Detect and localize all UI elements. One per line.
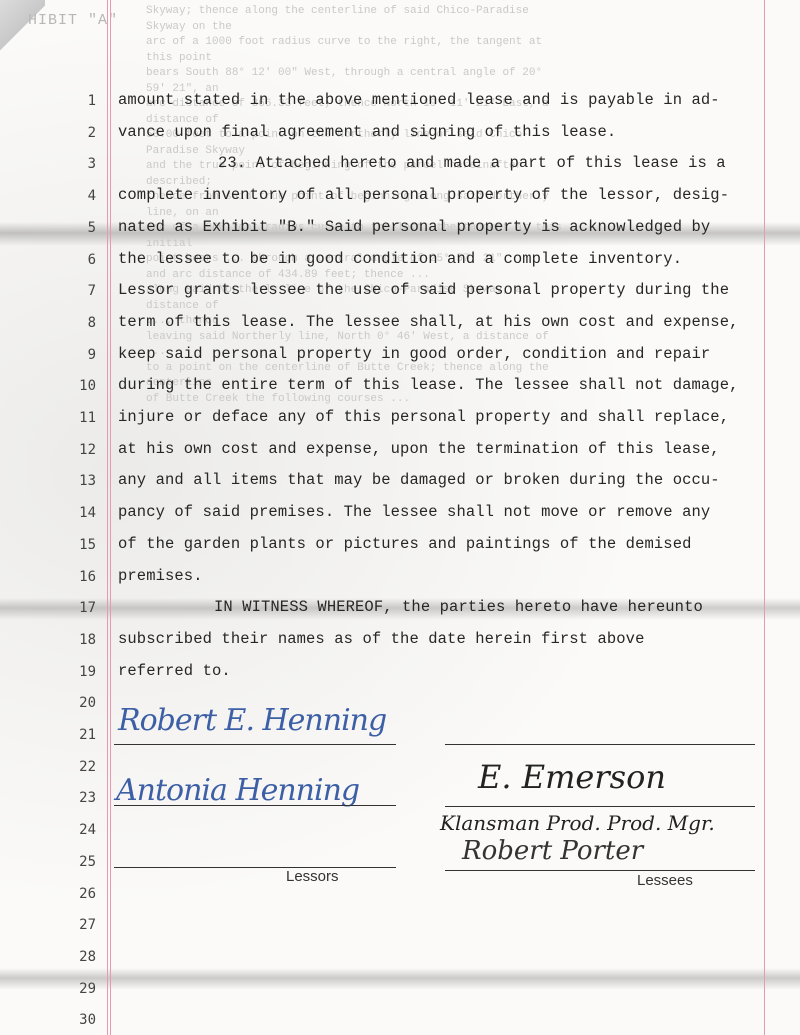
line-number: 7: [60, 283, 96, 299]
line-number: 21: [60, 727, 96, 743]
document-page: HIBIT "A" Skyway; thence along the cente…: [0, 0, 800, 1035]
lease-text-line: referred to.: [118, 662, 231, 680]
lessor-signature-line-2: [114, 805, 396, 806]
lease-text-line: any and all items that may be damaged or…: [118, 471, 720, 489]
line-number: 4: [60, 188, 96, 204]
lessee-signature-line-3: [445, 870, 755, 871]
line-number: 20: [60, 695, 96, 711]
line-number: 3: [60, 156, 96, 172]
line-number: 8: [60, 315, 96, 331]
right-margin-rule: [764, 0, 765, 1035]
line-number: 10: [60, 378, 96, 394]
line-number: 22: [60, 759, 96, 775]
lessees-label: Lessees: [637, 872, 693, 889]
lease-text-line: subscribed their names as of the date he…: [118, 630, 644, 648]
line-number: 26: [60, 886, 96, 902]
line-number: 19: [60, 664, 96, 680]
lease-text-line: amount stated in the above mentioned lea…: [118, 91, 720, 109]
lessor-signature-2: Antonia Henning: [116, 773, 359, 808]
lessors-label: Lessors: [286, 868, 339, 885]
line-number: 11: [60, 410, 96, 426]
lessor-signature-line-3: [114, 867, 396, 868]
lessee-signature-1: E. Emerson: [478, 758, 666, 796]
line-number: 2: [60, 125, 96, 141]
line-number: 25: [60, 854, 96, 870]
line-number: 15: [60, 537, 96, 553]
line-number: 29: [60, 981, 96, 997]
line-number: 16: [60, 569, 96, 585]
lease-text-line: the lessee to be in good condition and a…: [118, 250, 682, 268]
line-number: 9: [60, 347, 96, 363]
left-margin-rule-inner: [110, 0, 111, 1035]
lease-text-line: IN WITNESS WHEREOF, the parties hereto h…: [214, 598, 703, 616]
line-number: 30: [60, 1012, 96, 1028]
lease-text-line: injure or deface any of this personal pr…: [118, 408, 729, 426]
lease-text-line: vance upon final agreement and signing o…: [118, 123, 616, 141]
left-margin-rule: [107, 0, 108, 1035]
lease-text-line: at his own cost and expense, upon the te…: [118, 440, 720, 458]
line-number: 1: [60, 93, 96, 109]
line-number: 27: [60, 917, 96, 933]
lease-text-line: term of this lease. The lessee shall, at…: [118, 313, 739, 331]
line-number: 12: [60, 442, 96, 458]
lessor-signature-line-1: [114, 744, 396, 745]
lease-text-line: pancy of said premises. The lessee shall…: [118, 503, 710, 521]
line-number: 13: [60, 473, 96, 489]
lessee-signature-2: Robert Porter: [462, 836, 643, 866]
lease-text-line: Lessor grants lessee the use of said per…: [118, 281, 729, 299]
lease-text-line: of the garden plants or pictures and pai…: [118, 535, 692, 553]
line-number: 23: [60, 790, 96, 806]
lease-text-line: keep said personal property in good orde…: [118, 345, 710, 363]
exhibit-a-ghost-label: HIBIT "A": [28, 12, 118, 29]
lessee-signature-line-2: [445, 806, 755, 807]
line-number: 6: [60, 252, 96, 268]
lease-text-line: complete inventory of all personal prope…: [118, 186, 729, 204]
lease-text-line: 23. Attached hereto and made a part of t…: [218, 154, 726, 172]
lease-text-line: nated as Exhibit "B." Said personal prop…: [118, 218, 710, 236]
lease-text-line: premises.: [118, 567, 203, 585]
lease-text-line: during the entire term of this lease. Th…: [118, 376, 739, 394]
line-number: 5: [60, 220, 96, 236]
lessee-signature-line-1-blank: [445, 744, 755, 745]
line-number: 28: [60, 949, 96, 965]
lessor-signature-1: Robert E. Henning: [118, 703, 386, 738]
line-number: 17: [60, 600, 96, 616]
lessee-signature-1-title: Klansman Prod. Prod. Mgr.: [440, 811, 715, 835]
line-number: 18: [60, 632, 96, 648]
line-number: 24: [60, 822, 96, 838]
line-number: 14: [60, 505, 96, 521]
